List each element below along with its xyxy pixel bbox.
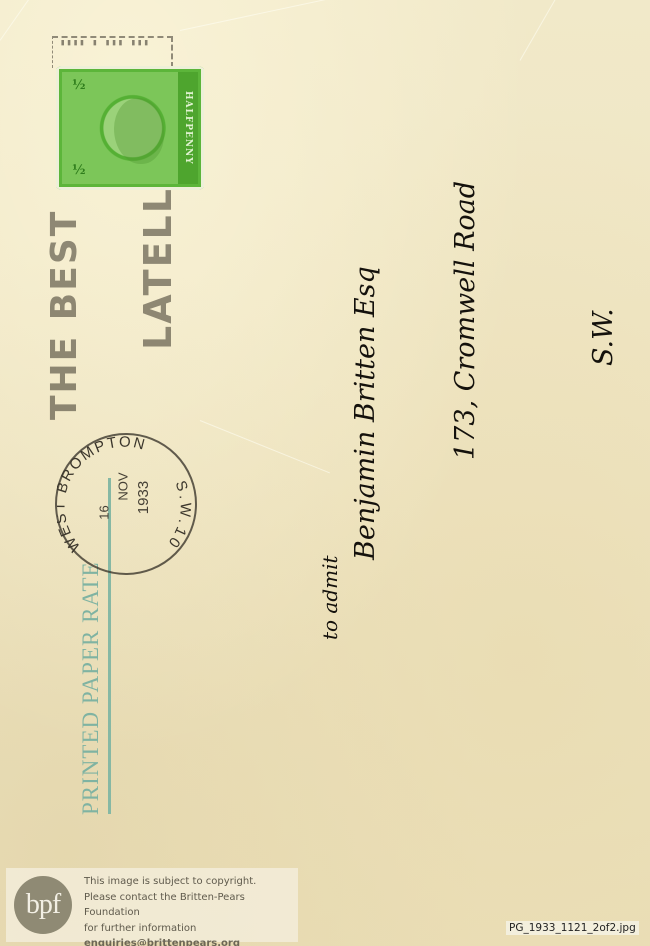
- datestamp-year: 1933: [135, 481, 152, 514]
- datestamp-month: NOV: [116, 472, 131, 500]
- stamp-value-bottom: ½: [72, 163, 86, 178]
- printed-paper-rate-label: PRINTED PAPER RATE: [78, 561, 104, 815]
- copyright-line-2: Please contact the Britten-Pears Foundat…: [84, 890, 298, 921]
- paper-crease: [520, 0, 566, 61]
- svg-text:S.W.10: S.W.10: [163, 479, 194, 553]
- address-name: Benjamin Britten Esq: [350, 266, 381, 560]
- bpf-logo: bpf: [14, 876, 72, 934]
- stamp-value-top: ½: [72, 78, 86, 93]
- datestamp-ring-text: WEST BROMPTON S.W.10: [57, 435, 195, 573]
- slogan-postmark-line-1: THE BEST: [44, 210, 85, 420]
- copyright-text: This image is subject to copyright. Plea…: [84, 874, 298, 946]
- copyright-notice: bpf This image is subject to copyright. …: [6, 868, 298, 942]
- king-portrait-icon: [114, 98, 164, 164]
- stamp-denomination: HALFPENNY: [178, 72, 198, 184]
- paper-crease: [0, 0, 69, 41]
- postage-stamp: ½ ½ HALFPENNY: [56, 66, 204, 190]
- envelope-scan: ▮▮▮▮ ▮ ▮▮▮ ▮▮▮ ½ ½ HALFPENNY THE BEST LA…: [0, 0, 650, 946]
- copyright-line-1: This image is subject to copyright.: [84, 874, 298, 890]
- slogan-postmark-line-2: LATELL: [136, 187, 180, 350]
- contact-email-link[interactable]: enquiries@brittenpears.org: [84, 936, 298, 946]
- paper-crease: [200, 420, 330, 473]
- address-district: S.W.: [588, 308, 619, 366]
- circular-datestamp: WEST BROMPTON S.W.10 16 NOV 1933: [55, 433, 197, 575]
- postmark-box-text: ▮▮▮▮ ▮ ▮▮▮ ▮▮▮: [60, 38, 150, 48]
- copyright-line-3: for further information: [84, 921, 298, 937]
- image-filename: PG_1933_1121_2of2.jpg: [506, 921, 639, 935]
- datestamp-day: 16: [97, 505, 112, 519]
- address-prefix: to admit: [318, 555, 342, 640]
- address-street: 173, Cromwell Road: [450, 181, 481, 460]
- paper-crease: [180, 0, 395, 31]
